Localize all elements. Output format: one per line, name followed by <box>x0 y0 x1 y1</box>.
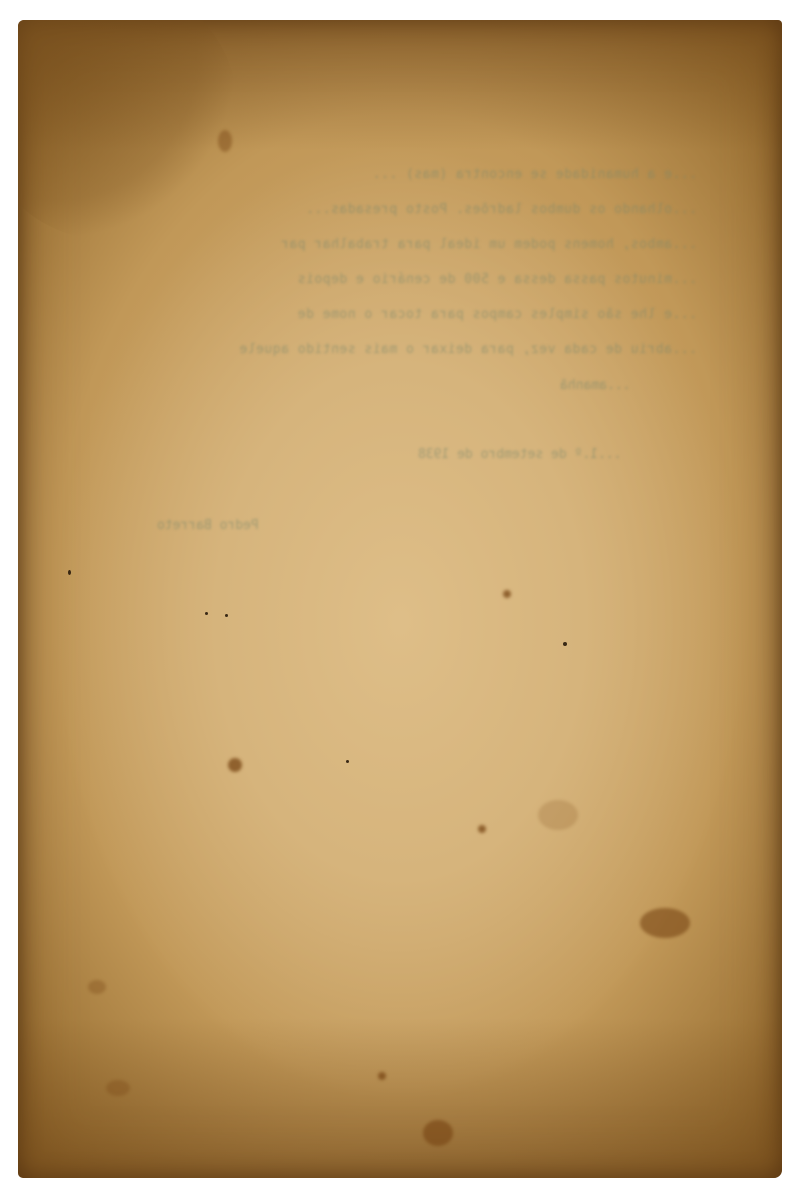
stain-spot <box>640 908 690 938</box>
stain-spot <box>378 1072 386 1080</box>
stain-spot <box>106 1080 130 1096</box>
text-line: ...e a humanidade se encontra (mas) ... <box>137 157 697 192</box>
text-line: ...abriu de cada vez, para deixar o mais… <box>137 332 697 367</box>
date-line: ...1.º de setembro de 1938 <box>418 447 622 462</box>
speck <box>563 642 567 646</box>
text-line: ...minutos passa dessa e 500 de cenário … <box>137 262 697 297</box>
speck <box>225 614 228 617</box>
stain-spot <box>228 758 242 772</box>
signature: Pedro Barreto <box>157 518 259 533</box>
stain-spot <box>538 800 578 830</box>
stain-spot <box>503 590 511 598</box>
closing-word: ...amanhã <box>560 378 630 393</box>
speck <box>68 570 71 575</box>
edge-darkening-bottom <box>18 1018 782 1178</box>
text-line: ...olhando os dumbos ladrões. Posto pres… <box>137 192 697 227</box>
bleed-through-text: ...e a humanidade se encontra (mas) ... … <box>137 157 697 367</box>
speck <box>346 760 349 763</box>
text-line: ...e lhe são simples campos para tocar o… <box>137 297 697 332</box>
stain-spot <box>478 825 486 833</box>
stain-spot <box>423 1120 453 1146</box>
stain-spot <box>88 980 106 994</box>
stain-spot <box>218 130 232 152</box>
speck <box>205 612 208 615</box>
text-line: ...ambos, homens podem um ideal para tra… <box>137 227 697 262</box>
